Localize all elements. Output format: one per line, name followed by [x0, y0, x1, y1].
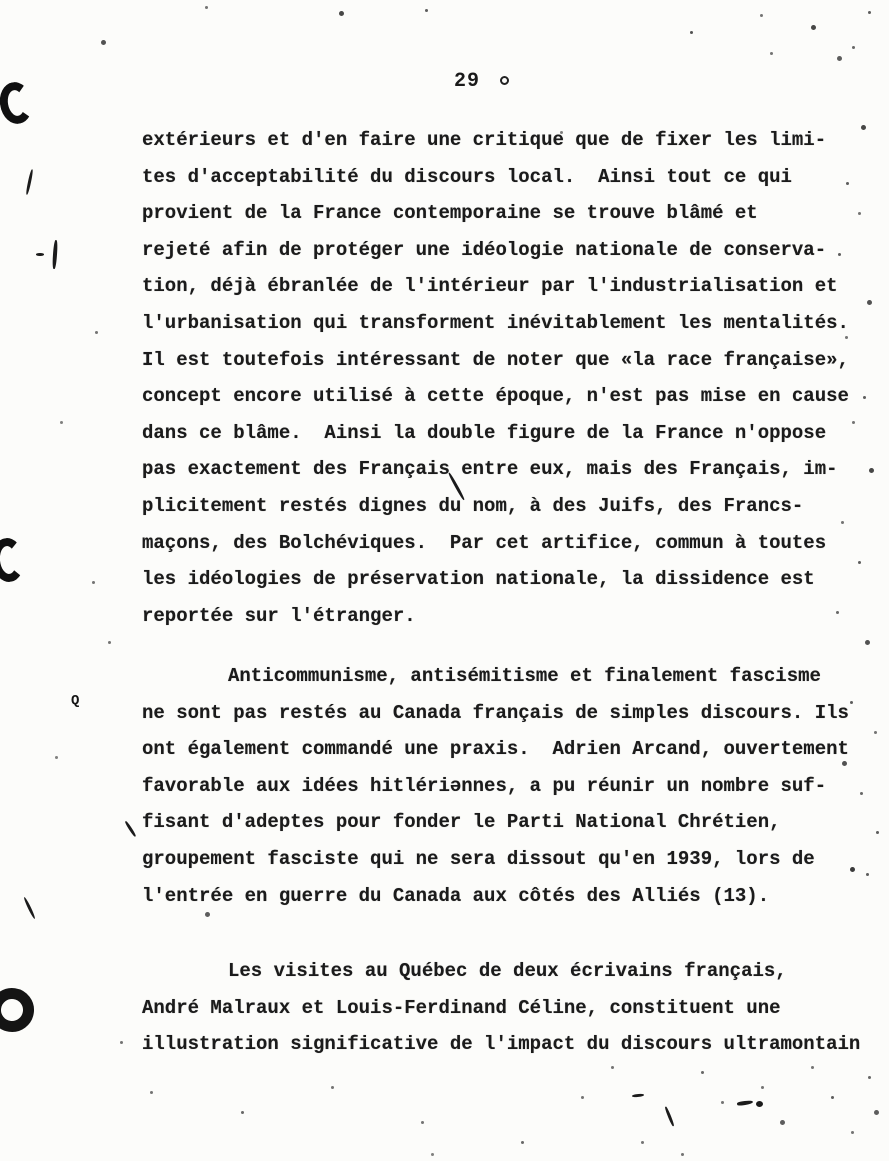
- bottom-right-dot-mark: [756, 1101, 763, 1107]
- text-line: ne sont pas restés au Canada français de…: [142, 695, 872, 732]
- text-line: concept encore utilisé à cette époque, n…: [142, 378, 872, 415]
- text-line: ont également commandé une praxis. Adrie…: [142, 731, 872, 768]
- binder-crescent-mark-middle-icon: [0, 536, 26, 583]
- binder-crescent-mark-top-icon: [0, 80, 35, 127]
- text-line: maçons, des Bolchéviques. Par cet artifi…: [142, 525, 872, 562]
- text-line: Anticommunisme, antisémitisme et finalem…: [142, 658, 872, 695]
- text-line: extérieurs et d'en faire une critique qu…: [142, 122, 872, 159]
- text-line: André Malraux et Louis-Ferdinand Céline,…: [142, 990, 872, 1027]
- text-line: tes d'acceptabilité du discours local. A…: [142, 159, 872, 196]
- text-line: pas exactement des Français entre eux, m…: [142, 451, 872, 488]
- binder-ring-mark-bottom-icon: [0, 985, 37, 1035]
- bottom-right-stroke-mark: [664, 1106, 674, 1126]
- paragraph-2: Anticommunisme, antisémitisme et finalem…: [142, 658, 872, 914]
- text-line: dans ce blâme. Ainsi la double figure de…: [142, 415, 872, 452]
- paragraph-1: extérieurs et d'en faire une critique qu…: [142, 122, 872, 634]
- scanned-document-page: 29 extérieurs et d'en faire une critique…: [0, 0, 889, 1161]
- paragraph-3: Les visites au Québec de deux écrivains …: [142, 953, 872, 1063]
- text-line: Il est toutefois intéressant de noter qu…: [142, 342, 872, 379]
- text-line: rejeté afin de protéger une idéologie na…: [142, 232, 872, 269]
- text-line: illustration significative de l'impact d…: [142, 1026, 872, 1063]
- text-line: l'entrée en guerre du Canada aux côtés d…: [142, 878, 872, 915]
- text-line: provient de la France contemporaine se t…: [142, 195, 872, 232]
- text-line: tion, déjà ébranlée de l'intérieur par l…: [142, 268, 872, 305]
- margin-dash-mark: [36, 253, 44, 256]
- bottom-dash-mark: [632, 1093, 644, 1097]
- page-number: 29: [454, 70, 480, 93]
- text-line: groupement fasciste qui ne sera dissout …: [142, 841, 872, 878]
- text-line: l'urbanisation qui transforment inévitab…: [142, 305, 872, 342]
- margin-backslash-mark: [23, 897, 37, 920]
- text-line: reportée sur l'étranger.: [142, 598, 872, 635]
- text-line: Les visites au Québec de deux écrivains …: [142, 953, 872, 990]
- margin-vertical-stroke-mark: [52, 240, 58, 269]
- degree-speck-mark: [500, 76, 509, 85]
- text-line: les idéologies de préservation nationale…: [142, 561, 872, 598]
- text-line: favorable aux idées hitlériənnes, a pu r…: [142, 768, 872, 805]
- margin-q-mark: Q: [71, 693, 79, 709]
- text-line: fisant d'adeptes pour fonder le Parti Na…: [142, 804, 872, 841]
- text-line: plicitement restés dignes du nom, à des …: [142, 488, 872, 525]
- scan-noise-specks: [0, 0, 3, 3]
- bottom-right-dash-mark: [737, 1100, 753, 1106]
- margin-backslash-mark: [124, 821, 136, 838]
- margin-stroke-mark: [25, 169, 33, 195]
